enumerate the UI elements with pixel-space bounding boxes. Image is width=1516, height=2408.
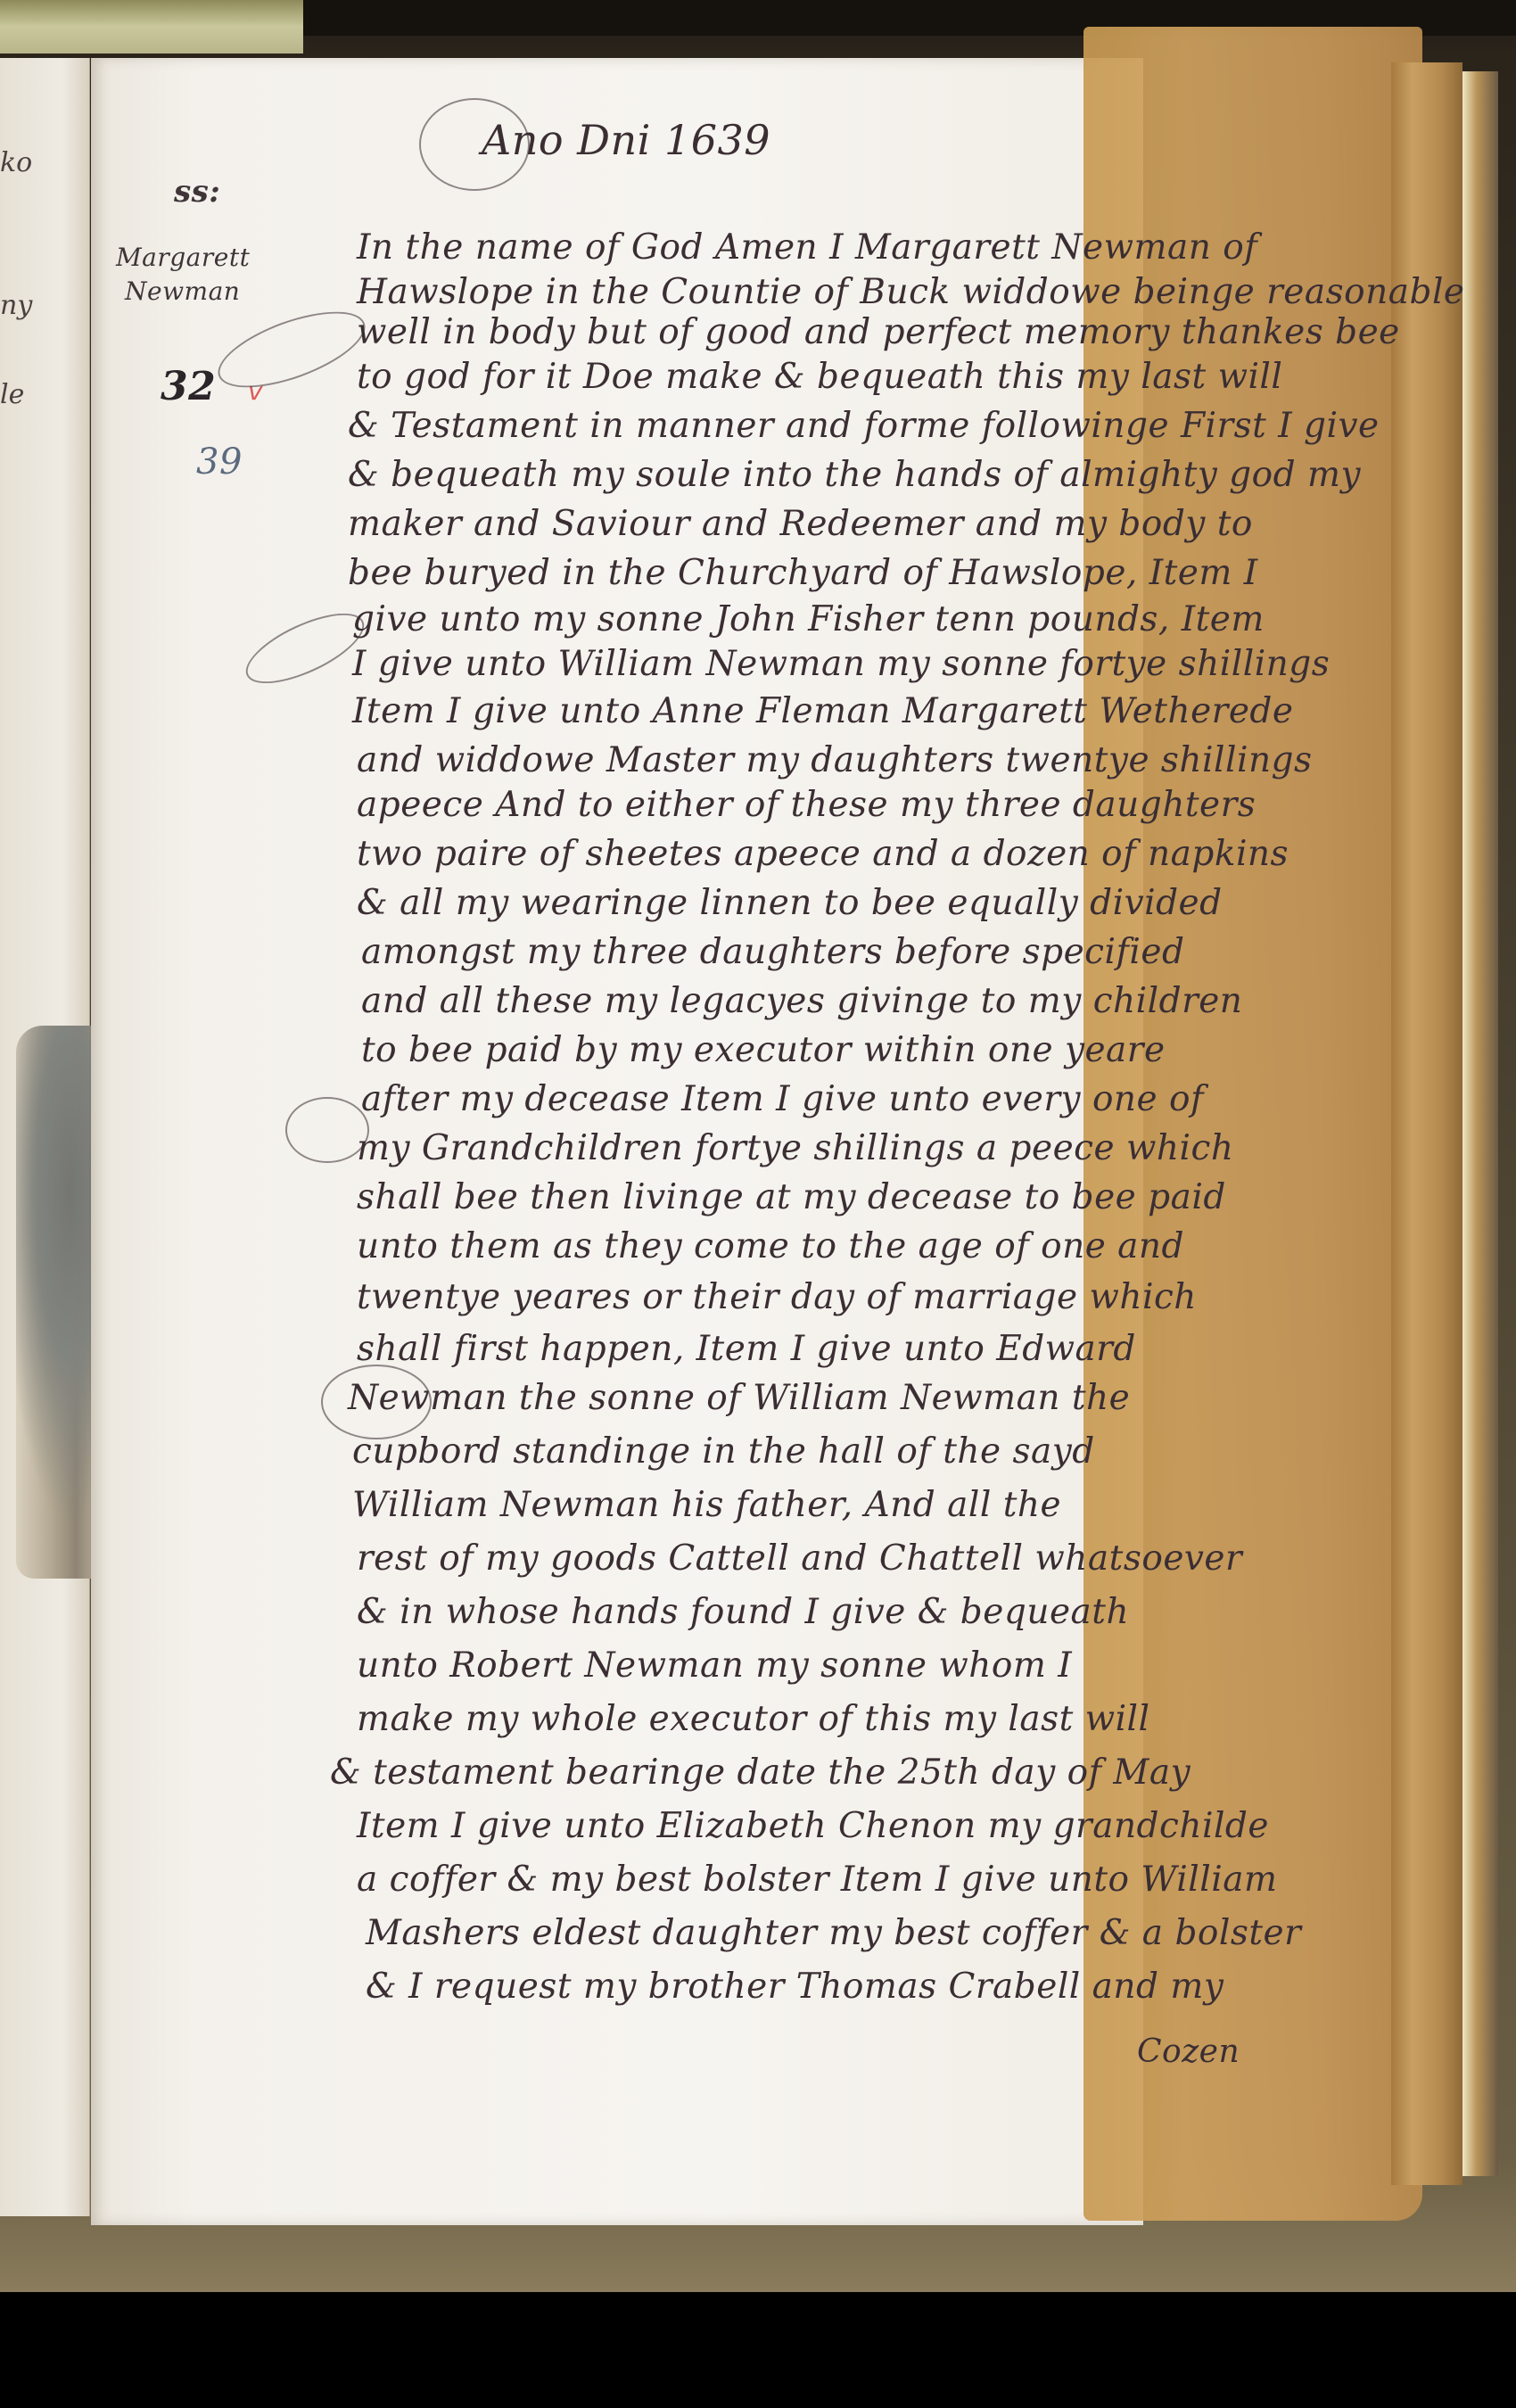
- vellum-fold: [1391, 62, 1462, 2185]
- will-line: & testament bearinge date the 25th day o…: [330, 1752, 1191, 1793]
- will-line: I give unto William Newman my sonne fort…: [352, 644, 1330, 684]
- will-line: & bequeath my soule into the hands of al…: [348, 455, 1361, 495]
- will-line: and all these my legacyes givinge to my …: [361, 981, 1242, 1021]
- catchword: Cozen: [1137, 2033, 1240, 2070]
- will-line: rest of my goods Cattell and Chattell wh…: [357, 1538, 1242, 1579]
- will-line: and widdowe Master my daughters twentye …: [357, 740, 1313, 780]
- facing-page-text-fragment: ny: [0, 290, 32, 321]
- archive-photo: ko ny le Ano Dni 1639 ss: Margarett Newm…: [0, 0, 1516, 2292]
- folio-number-pencil: 39: [196, 441, 243, 482]
- will-line: & Testament in manner and forme followin…: [348, 406, 1380, 446]
- flourish-decoration: [419, 98, 530, 191]
- will-line: Hawslope in the Countie of Buck widdowe …: [357, 272, 1465, 312]
- will-line: & in whose hands found I give & bequeath: [357, 1592, 1129, 1632]
- will-line: Item I give unto Elizabeth Chenon my gra…: [357, 1806, 1269, 1846]
- will-line: & I request my brother Thomas Crabell an…: [366, 1967, 1224, 2007]
- facing-page-text-fragment: le: [0, 379, 24, 410]
- will-line: amongst my three daughters before specif…: [361, 932, 1184, 972]
- will-line: Item I give unto Anne Fleman Margarett W…: [352, 691, 1293, 731]
- will-line: shall first happen, Item I give unto Edw…: [357, 1329, 1136, 1369]
- will-line: maker and Saviour and Redeemer and my bo…: [348, 504, 1253, 544]
- flourish-decoration: [321, 1365, 432, 1439]
- will-line: two paire of sheetes apeece and a dozen …: [357, 834, 1289, 874]
- will-line: twentye yeares or their day of marriage …: [357, 1277, 1197, 1317]
- will-line: & all my wearinge linnen to bee equally …: [357, 883, 1223, 923]
- will-line: unto them as they come to the age of one…: [357, 1226, 1184, 1266]
- will-line: In the name of God Amen I Margarett Newm…: [357, 227, 1257, 268]
- will-line: my Grandchildren fortye shillings a peec…: [357, 1128, 1233, 1168]
- will-line: Newman the sonne of William Newman the: [348, 1378, 1130, 1418]
- will-line: a coffer & my best bolster Item I give u…: [357, 1860, 1277, 1900]
- binding-strip: [0, 0, 303, 54]
- folio-number-ink: 32: [161, 364, 216, 409]
- will-line: apeece And to either of these my three d…: [357, 785, 1256, 825]
- flourish-decoration: [285, 1097, 369, 1163]
- facing-page-text-fragment: ko: [0, 147, 32, 178]
- page-edges: [1462, 71, 1498, 2176]
- margin-testator-surname: Newman: [125, 276, 240, 306]
- will-line: William Newman his father, And all the: [352, 1485, 1061, 1525]
- margin-testator-name: Margarett: [116, 243, 250, 272]
- will-line: give unto my sonne John Fisher tenn poun…: [352, 599, 1265, 639]
- will-line: well in body but of good and perfect mem…: [357, 312, 1400, 352]
- will-line: make my whole executor of this my last w…: [357, 1699, 1150, 1739]
- black-letterbox: [0, 2292, 1516, 2408]
- will-line: to god for it Doe make & bequeath this m…: [357, 357, 1282, 397]
- will-line: cupbord standinge in the hall of the say…: [352, 1431, 1095, 1472]
- will-line: after my decease Item I give unto every …: [361, 1079, 1204, 1119]
- will-line: bee buryed in the Churchyard of Hawslope…: [348, 553, 1258, 593]
- margin-mark: ss:: [174, 174, 220, 210]
- will-line: to bee paid by my executor within one ye…: [361, 1030, 1166, 1070]
- will-line: unto Robert Newman my sonne whom I: [357, 1645, 1072, 1686]
- will-line: shall bee then livinge at my decease to …: [357, 1177, 1226, 1217]
- will-line: Mashers eldest daughter my best coffer &…: [366, 1913, 1301, 1953]
